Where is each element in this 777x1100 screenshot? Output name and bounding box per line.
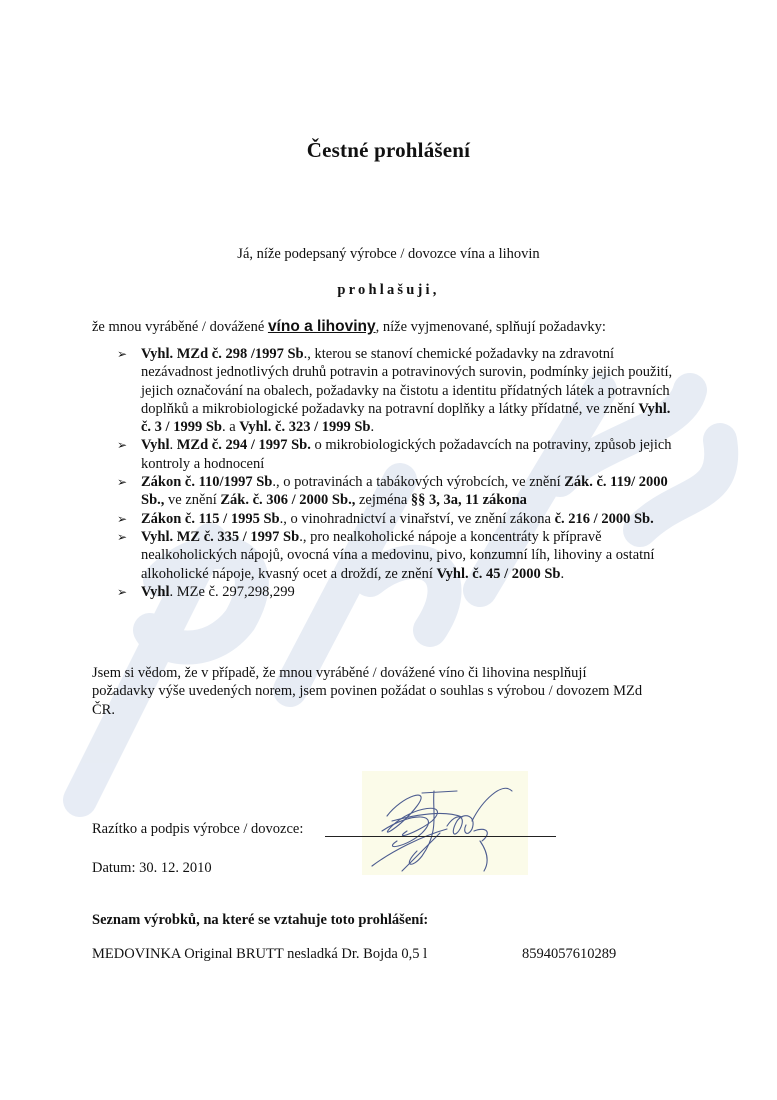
arrowhead-bullet-icon: ➢: [117, 528, 127, 546]
date-line: Datum: 30. 12. 2010: [92, 860, 212, 877]
law-reference: Vyhl. MZ č. 335 / 1997 Sb: [141, 529, 299, 545]
law-text: zejména: [355, 492, 411, 508]
arrowhead-bullet-icon: ➢: [117, 345, 127, 363]
law-text: .: [169, 437, 176, 453]
requirements-list: ➢Vyhl. MZd č. 298 /1997 Sb., kterou se s…: [117, 345, 677, 601]
document-page: Čestné prohlášení Já, níže podepsaný výr…: [0, 0, 777, 1100]
requirement-item: ➢Vyhl. MZ č. 335 / 1997 Sb., pro nealkoh…: [117, 528, 677, 583]
law-reference: §§ 3, 3a, 11 zákona: [411, 492, 527, 508]
law-text: ., o vinohradnictví a vinařství, ve zněn…: [280, 511, 555, 527]
product-list-title: Seznam výrobků, na které se vztahuje tot…: [92, 912, 428, 929]
lead-sentence: že mnou vyráběné / dovážené víno a lihov…: [92, 318, 732, 336]
law-reference: MZd č. 294 / 1997 Sb.: [177, 437, 311, 453]
law-reference: Vyhl. č. 45 / 2000 Sb: [437, 566, 561, 582]
declaration-word: prohlašuji,: [0, 282, 777, 299]
requirement-item: ➢Vyhl. MZd č. 294 / 1997 Sb. o mikrobiol…: [117, 436, 677, 473]
lead-before: že mnou vyráběné / dovážené: [92, 319, 268, 335]
arrowhead-bullet-icon: ➢: [117, 583, 127, 601]
lead-after: , níže vyjmenované, splňují požadavky:: [376, 319, 606, 335]
awareness-paragraph: Jsem si vědom, že v případě, že mnou vyr…: [92, 664, 652, 719]
law-text: .: [370, 419, 374, 435]
law-reference: Zákon č. 110/1997 Sb: [141, 474, 272, 490]
law-reference: Vyhl: [141, 584, 169, 600]
law-text: . a: [222, 419, 239, 435]
arrowhead-bullet-icon: ➢: [117, 510, 127, 528]
law-reference: Vyhl: [141, 437, 169, 453]
requirement-item: ➢Vyhl. MZe č. 297,298,299: [117, 583, 677, 601]
signature-label: Razítko a podpis výrobce / dovozce:: [92, 821, 303, 838]
requirement-item: ➢Zákon č. 110/1997 Sb., o potravinách a …: [117, 473, 677, 510]
product-row: MEDOVINKA Original BRUTT nesladká Dr. Bo…: [92, 946, 692, 963]
product-ean: 8594057610289: [522, 946, 616, 963]
law-reference: č. 216 / 2000 Sb.: [555, 511, 654, 527]
lead-highlight: víno a lihoviny: [268, 318, 376, 335]
law-reference: Vyhl. č. 323 / 1999 Sb: [239, 419, 370, 435]
requirement-item: ➢Vyhl. MZd č. 298 /1997 Sb., kterou se s…: [117, 345, 677, 436]
signature-image: [362, 771, 528, 875]
arrowhead-bullet-icon: ➢: [117, 436, 127, 454]
product-name: MEDOVINKA Original BRUTT nesladká Dr. Bo…: [92, 946, 427, 962]
law-reference: Vyhl. MZd č. 298 /1997 Sb: [141, 346, 304, 362]
law-reference: Zákon č. 115 / 1995 Sb: [141, 511, 280, 527]
law-text: . MZe č. 297,298,299: [169, 584, 294, 600]
intro-line: Já, níže podepsaný výrobce / dovozce vín…: [0, 246, 777, 263]
law-reference: Zák. č. 306 / 2000 Sb.,: [220, 492, 355, 508]
requirement-item: ➢Zákon č. 115 / 1995 Sb., o vinohradnict…: [117, 510, 677, 528]
law-text: .: [560, 566, 564, 582]
signature-icon: [362, 771, 528, 875]
document-title: Čestné prohlášení: [0, 138, 777, 163]
law-text: ve znění: [164, 492, 220, 508]
arrowhead-bullet-icon: ➢: [117, 473, 127, 491]
signature-line: [325, 836, 556, 837]
law-text: ., o potravinách a tabákových výrobcích,…: [272, 474, 564, 490]
